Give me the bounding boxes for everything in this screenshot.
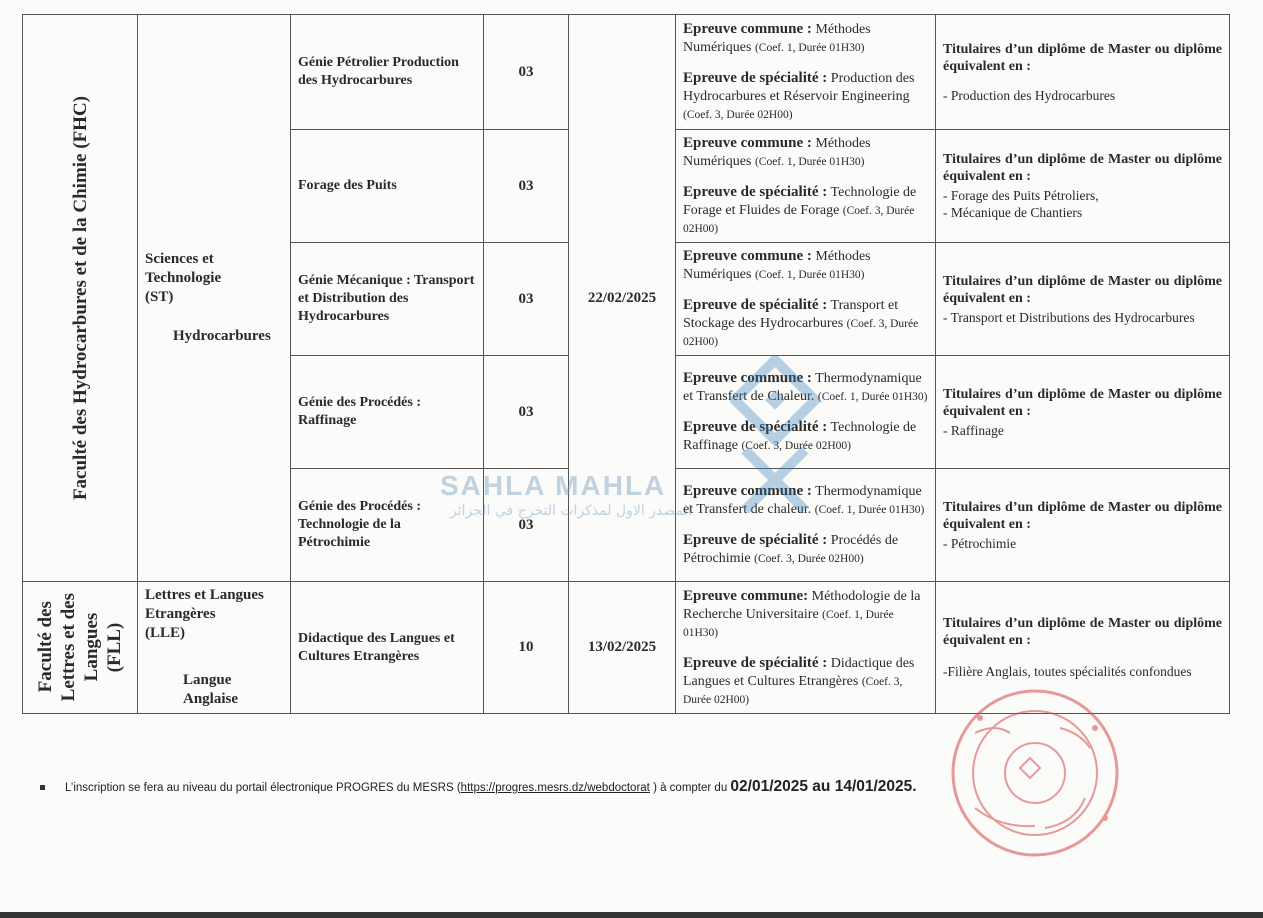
page-edge	[0, 912, 1263, 918]
places-count: 03	[484, 356, 569, 469]
official-stamp-icon	[935, 688, 1135, 863]
admission-conditions: Titulaires d’un diplôme de Master ou dip…	[936, 469, 1230, 582]
conditions-list: - Raffinage	[943, 422, 1222, 439]
exams-cell: Epreuve commune : Méthodes Numériques (C…	[676, 15, 936, 130]
domain-line: Technologie	[145, 270, 221, 286]
conditions-list: -Filière Anglais, toutes spécialités con…	[943, 663, 1222, 680]
condition-item: - Pétrochimie	[943, 535, 1222, 552]
specialty-exam: Epreuve de spécialité : Technologie de R…	[683, 418, 928, 455]
faculty-cell: Faculté desLettres et desLangues(FLL)	[23, 582, 138, 714]
bullet-icon	[40, 785, 45, 790]
condition-item: - Mécanique de Chantiers	[943, 204, 1222, 221]
specialty-cell: Didactique des Langues et Cultures Etran…	[291, 582, 484, 714]
conditions-list: - Transport et Distributions des Hydroca…	[943, 309, 1222, 326]
places-count: 03	[484, 130, 569, 243]
specialty-cell: Forage des Puits	[291, 130, 484, 243]
filiere-name: Hydrocarbures	[145, 327, 283, 346]
exams-cell: Epreuve commune: Méthodologie de la Rech…	[676, 582, 936, 714]
faculty-name: Faculté des Hydrocarbures et de la Chimi…	[69, 96, 92, 500]
common-exam: Epreuve commune : Méthodes Numériques (C…	[683, 20, 928, 57]
common-exam: Epreuve commune : Méthodes Numériques (C…	[683, 247, 928, 284]
conditions-list: - Production des Hydrocarbures	[943, 87, 1222, 104]
note-text-before: L’inscription se fera au niveau du porta…	[65, 782, 461, 794]
filiere-name: Langue Anglaise	[145, 671, 283, 709]
admission-conditions: Titulaires d’un diplôme de Master ou dip…	[936, 243, 1230, 356]
conditions-list: - Forage des Puits Pétroliers,- Mécaniqu…	[943, 187, 1222, 221]
admission-conditions: Titulaires d’un diplôme de Master ou dip…	[936, 130, 1230, 243]
table-row: Faculté des Hydrocarbures et de la Chimi…	[23, 15, 1230, 130]
specialty-exam: Epreuve de spécialité : Didactique des L…	[683, 654, 928, 709]
specialty-exam: Epreuve de spécialité : Technologie de F…	[683, 183, 928, 238]
specialty-cell: Génie Pétrolier Production des Hydrocarb…	[291, 15, 484, 130]
condition-item: - Transport et Distributions des Hydroca…	[943, 309, 1222, 326]
faculty-name: Faculté desLettres et desLangues(FLL)	[34, 593, 126, 701]
specialty-cell: Génie Mécanique : Transport et Distribut…	[291, 243, 484, 356]
table-row: Faculté desLettres et desLangues(FLL)Let…	[23, 582, 1230, 714]
places-count: 03	[484, 15, 569, 130]
conditions-title: Titulaires d’un diplôme de Master ou dip…	[943, 386, 1222, 420]
exams-cell: Epreuve commune : Thermodynamique et Tra…	[676, 469, 936, 582]
progres-link[interactable]: https://progres.mesrs.dz/webdoctorat	[461, 782, 650, 794]
exams-cell: Epreuve commune : Méthodes Numériques (C…	[676, 243, 936, 356]
specialty-exam: Epreuve de spécialité : Procédés de Pétr…	[683, 531, 928, 568]
conditions-title: Titulaires d’un diplôme de Master ou dip…	[943, 41, 1222, 75]
conditions-list: - Pétrochimie	[943, 535, 1222, 552]
conditions-title: Titulaires d’un diplôme de Master ou dip…	[943, 499, 1222, 533]
admission-conditions: Titulaires d’un diplôme de Master ou dip…	[936, 356, 1230, 469]
exams-cell: Epreuve commune : Thermodynamique et Tra…	[676, 356, 936, 469]
specialty-exam: Epreuve de spécialité : Production des H…	[683, 69, 928, 124]
places-count: 03	[484, 469, 569, 582]
exam-date: 22/02/2025	[569, 15, 676, 582]
domain-line: (LLE)	[145, 625, 185, 641]
domain-line: (ST)	[145, 289, 173, 305]
common-exam: Epreuve commune : Thermodynamique et Tra…	[683, 369, 928, 406]
exams-cell: Epreuve commune : Méthodes Numériques (C…	[676, 130, 936, 243]
admission-conditions: Titulaires d’un diplôme de Master ou dip…	[936, 582, 1230, 714]
conditions-title: Titulaires d’un diplôme de Master ou dip…	[943, 273, 1222, 307]
places-count: 10	[484, 582, 569, 714]
domain-line: Sciences et	[145, 251, 214, 267]
specialty-cell: Génie des Procédés : Raffinage	[291, 356, 484, 469]
admission-conditions: Titulaires d’un diplôme de Master ou dip…	[936, 15, 1230, 130]
condition-item: - Forage des Puits Pétroliers,	[943, 187, 1222, 204]
domain-cell: Lettres et LanguesEtrangères(LLE)Langue …	[138, 582, 291, 714]
condition-item: -Filière Anglais, toutes spécialités con…	[943, 663, 1222, 680]
common-exam: Epreuve commune : Thermodynamique et Tra…	[683, 482, 928, 519]
specialty-cell: Génie des Procédés : Technologie de la P…	[291, 469, 484, 582]
conditions-title: Titulaires d’un diplôme de Master ou dip…	[943, 151, 1222, 185]
domain-cell: Sciences etTechnologie(ST)Hydrocarbures	[138, 15, 291, 582]
registration-note: L’inscription se fera au niveau du porta…	[40, 778, 917, 796]
specialty-exam: Epreuve de spécialité : Transport et Sto…	[683, 296, 928, 351]
conditions-title: Titulaires d’un diplôme de Master ou dip…	[943, 615, 1222, 649]
common-exam: Epreuve commune: Méthodologie de la Rech…	[683, 587, 928, 642]
common-exam: Epreuve commune : Méthodes Numériques (C…	[683, 134, 928, 171]
registration-dates: 02/01/2025 au 14/01/2025.	[730, 778, 916, 795]
doctorate-competition-table: Faculté des Hydrocarbures et de la Chimi…	[22, 14, 1230, 714]
faculty-cell: Faculté des Hydrocarbures et de la Chimi…	[23, 15, 138, 582]
domain-line: Etrangères	[145, 606, 216, 622]
exam-date: 13/02/2025	[569, 582, 676, 714]
domain-line: Lettres et Langues	[145, 587, 264, 603]
condition-item: - Production des Hydrocarbures	[943, 87, 1222, 104]
places-count: 03	[484, 243, 569, 356]
note-text-middle: ) à compter du	[650, 782, 731, 794]
condition-item: - Raffinage	[943, 422, 1222, 439]
